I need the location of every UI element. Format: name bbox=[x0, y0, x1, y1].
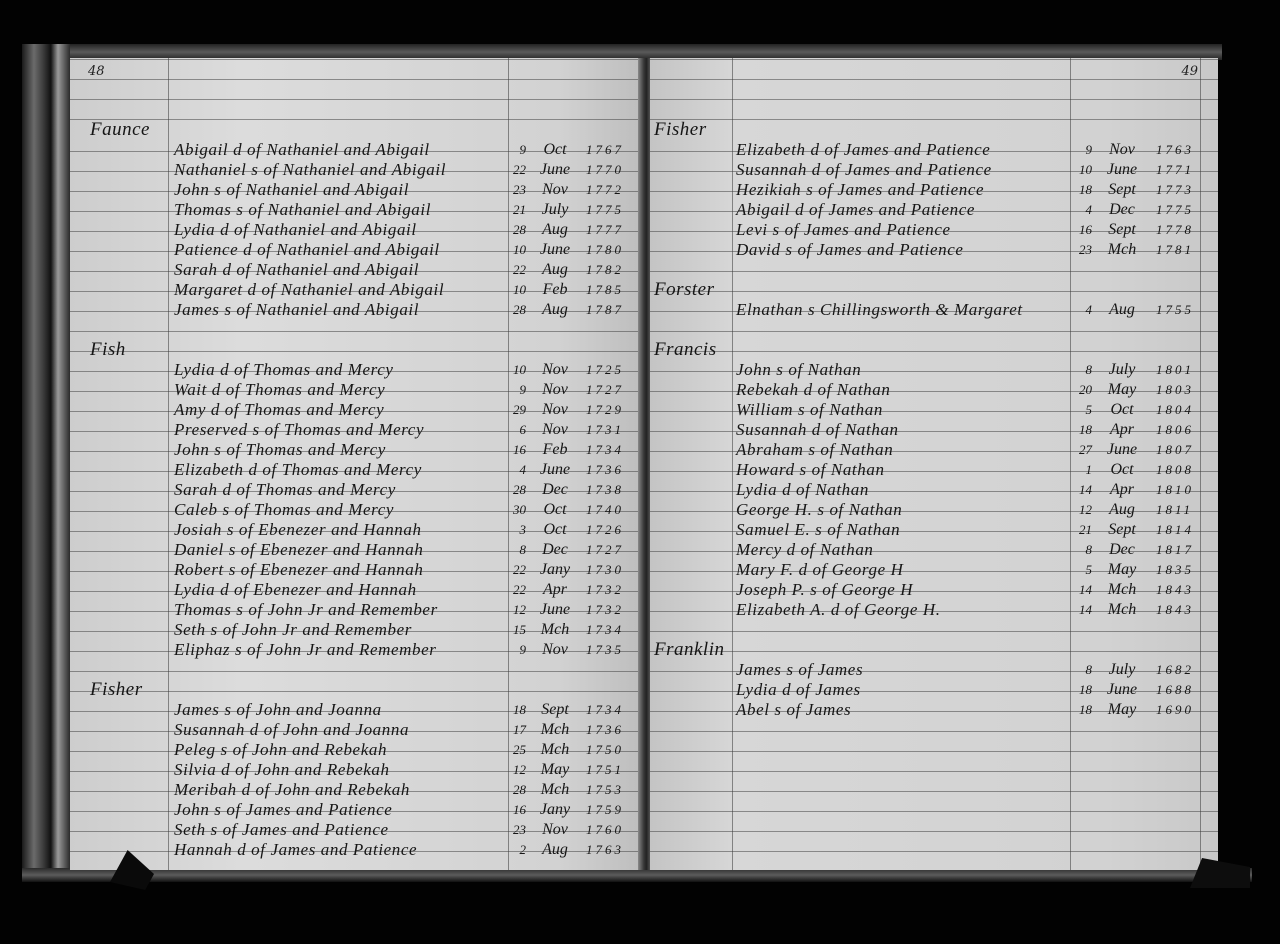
ledger-row: Preserved s of Thomas and Mercy6Nov1731 bbox=[70, 420, 644, 440]
ledger-row: Mercy d of Nathan8Dec1817 bbox=[650, 540, 1218, 560]
entry-name: Sarah d of Thomas and Mercy bbox=[70, 480, 508, 500]
entry-name: Lydia d of Nathaniel and Abigail bbox=[70, 220, 508, 240]
ledger-row: Abel s of James18May1690 bbox=[650, 700, 1218, 720]
ledger-row: Meribah d of John and Rebekah28Mch1753 bbox=[70, 780, 644, 800]
ledger-row: Eliphaz s of John Jr and Remember9Nov173… bbox=[70, 640, 644, 660]
entry-month: Nov bbox=[530, 380, 580, 400]
entry-day: 3 bbox=[508, 520, 530, 540]
entry-year: 1777 bbox=[580, 220, 640, 240]
entry-name: Nathaniel s of Nathaniel and Abigail bbox=[70, 160, 508, 180]
entry-day: 28 bbox=[508, 480, 530, 500]
entry-month: Aug bbox=[530, 260, 580, 280]
ledger-row: John s of James and Patience16Jany1759 bbox=[70, 800, 644, 820]
entry-day: 17 bbox=[508, 720, 530, 740]
entry-name: Patience d of Nathaniel and Abigail bbox=[70, 240, 508, 260]
entry-name: Peleg s of John and Rebekah bbox=[70, 740, 508, 760]
entry-year: 1738 bbox=[580, 480, 640, 500]
entry-month: July bbox=[530, 200, 580, 220]
page-number: 48 bbox=[88, 64, 105, 79]
entry-day: 22 bbox=[508, 160, 530, 180]
entry-year: 1740 bbox=[580, 500, 640, 520]
entry-day: 14 bbox=[1074, 580, 1096, 600]
entry-day: 5 bbox=[1074, 560, 1096, 580]
ledger-row: Robert s of Ebenezer and Hannah22Jany173… bbox=[70, 560, 644, 580]
entry-name: Susannah d of John and Joanna bbox=[70, 720, 508, 740]
entry-name: Seth s of John Jr and Remember bbox=[70, 620, 508, 640]
entry-name: Sarah d of Nathaniel and Abigail bbox=[70, 260, 508, 280]
entry-year: 1767 bbox=[580, 140, 640, 160]
entry-name: Eliphaz s of John Jr and Remember bbox=[70, 640, 508, 660]
entry-name: Robert s of Ebenezer and Hannah bbox=[70, 560, 508, 580]
ledger-row: Levi s of James and Patience16Sept1778 bbox=[650, 220, 1218, 240]
entry-month: Oct bbox=[530, 140, 580, 160]
ledger-row: Abigail d of James and Patience4Dec1775 bbox=[650, 200, 1218, 220]
entry-day: 28 bbox=[508, 220, 530, 240]
entry-year: 1734 bbox=[580, 440, 640, 460]
entry-year: 1751 bbox=[580, 760, 640, 780]
entry-year: 1760 bbox=[580, 820, 640, 840]
entry-year: 1736 bbox=[580, 720, 640, 740]
ledger-row: Sarah d of Nathaniel and Abigail22Aug178… bbox=[70, 260, 644, 280]
entry-year: 1690 bbox=[1148, 700, 1214, 720]
entry-name: Elizabeth A. d of George H. bbox=[650, 600, 1074, 620]
entry-month: Mch bbox=[1096, 580, 1148, 600]
ledger-row: John s of Thomas and Mercy16Feb1734 bbox=[70, 440, 644, 460]
entry-month: July bbox=[1096, 360, 1148, 380]
entry-month: Aug bbox=[530, 300, 580, 320]
entry-day: 2 bbox=[508, 840, 530, 860]
book-cover-bottom-edge bbox=[22, 868, 1252, 882]
entry-month: Mch bbox=[1096, 240, 1148, 260]
entry-name: Lydia d of James bbox=[650, 680, 1074, 700]
entry-month: June bbox=[530, 160, 580, 180]
entry-year: 1806 bbox=[1148, 420, 1214, 440]
entry-month: Apr bbox=[1096, 480, 1148, 500]
entry-month: June bbox=[1096, 440, 1148, 460]
surname-heading: Forster bbox=[650, 280, 1218, 300]
entry-day: 10 bbox=[508, 360, 530, 380]
entry-year: 1781 bbox=[1148, 240, 1214, 260]
ledger-row: Hezikiah s of James and Patience18Sept17… bbox=[650, 180, 1218, 200]
ledger-row: Susannah d of James and Patience10June17… bbox=[650, 160, 1218, 180]
entry-day: 21 bbox=[1074, 520, 1096, 540]
entry-day: 5 bbox=[1074, 400, 1096, 420]
entry-year: 1732 bbox=[580, 600, 640, 620]
ledger-row: Rebekah d of Nathan20May1803 bbox=[650, 380, 1218, 400]
section-spacer bbox=[650, 620, 1218, 640]
entry-month: Sept bbox=[1096, 180, 1148, 200]
ledger-row: Wait d of Thomas and Mercy9Nov1727 bbox=[70, 380, 644, 400]
entry-month: Nov bbox=[530, 180, 580, 200]
surname-heading: Franklin bbox=[650, 640, 1218, 660]
entry-name: Susannah d of James and Patience bbox=[650, 160, 1074, 180]
entry-name: James s of John and Joanna bbox=[70, 700, 508, 720]
entry-name: Silvia d of John and Rebekah bbox=[70, 760, 508, 780]
entry-month: Nov bbox=[530, 400, 580, 420]
page-number: 49 bbox=[1181, 64, 1198, 79]
entry-name: Hannah d of James and Patience bbox=[70, 840, 508, 860]
entry-month: Oct bbox=[530, 500, 580, 520]
entry-name: John s of Thomas and Mercy bbox=[70, 440, 508, 460]
entry-month: Jany bbox=[530, 560, 580, 580]
entry-month: Mch bbox=[1096, 600, 1148, 620]
entry-year: 1803 bbox=[1148, 380, 1214, 400]
ledger-row: Lydia d of Nathan14Apr1810 bbox=[650, 480, 1218, 500]
entry-name: David s of James and Patience bbox=[650, 240, 1074, 260]
entry-year: 1778 bbox=[1148, 220, 1214, 240]
ledger-row: Thomas s of John Jr and Remember12June17… bbox=[70, 600, 644, 620]
entry-month: July bbox=[1096, 660, 1148, 680]
ledger-row: Elizabeth d of James and Patience9Nov176… bbox=[650, 140, 1218, 160]
ledger-row: James s of James8July1682 bbox=[650, 660, 1218, 680]
entry-year: 1727 bbox=[580, 540, 640, 560]
ledger-row: Lydia d of Nathaniel and Abigail28Aug177… bbox=[70, 220, 644, 240]
entry-name: Thomas s of Nathaniel and Abigail bbox=[70, 200, 508, 220]
right-page: 49 FisherElizabeth d of James and Patien… bbox=[650, 58, 1218, 870]
ledger-row: Lydia d of James18June1688 bbox=[650, 680, 1218, 700]
ledger-row: Lydia d of Ebenezer and Hannah22Apr1732 bbox=[70, 580, 644, 600]
ledger-row: Howard s of Nathan1Oct1808 bbox=[650, 460, 1218, 480]
ledger-row: Abigail d of Nathaniel and Abigail9Oct17… bbox=[70, 140, 644, 160]
entry-month: Aug bbox=[530, 220, 580, 240]
entry-month: Mch bbox=[530, 620, 580, 640]
entry-name: Howard s of Nathan bbox=[650, 460, 1074, 480]
entry-year: 1727 bbox=[580, 380, 640, 400]
entry-name: Susannah d of Nathan bbox=[650, 420, 1074, 440]
entry-year: 1731 bbox=[580, 420, 640, 440]
entry-day: 27 bbox=[1074, 440, 1096, 460]
entry-year: 1807 bbox=[1148, 440, 1214, 460]
entry-day: 12 bbox=[508, 760, 530, 780]
entry-day: 29 bbox=[508, 400, 530, 420]
entry-day: 18 bbox=[1074, 680, 1096, 700]
entry-year: 1771 bbox=[1148, 160, 1214, 180]
entry-year: 1785 bbox=[580, 280, 640, 300]
entry-month: Oct bbox=[1096, 460, 1148, 480]
entry-year: 1753 bbox=[580, 780, 640, 800]
entry-month: Aug bbox=[1096, 500, 1148, 520]
entry-name: Margaret d of Nathaniel and Abigail bbox=[70, 280, 508, 300]
entry-year: 1732 bbox=[580, 580, 640, 600]
entry-year: 1688 bbox=[1148, 680, 1214, 700]
entry-month: Nov bbox=[530, 420, 580, 440]
entry-month: June bbox=[530, 600, 580, 620]
entry-day: 8 bbox=[508, 540, 530, 560]
entry-day: 12 bbox=[508, 600, 530, 620]
entry-day: 22 bbox=[508, 560, 530, 580]
entry-year: 1780 bbox=[580, 240, 640, 260]
ledger-row: John s of Nathaniel and Abigail23Nov1772 bbox=[70, 180, 644, 200]
ledger-row: George H. s of Nathan12Aug1811 bbox=[650, 500, 1218, 520]
entry-day: 16 bbox=[1074, 220, 1096, 240]
entry-name: Mercy d of Nathan bbox=[650, 540, 1074, 560]
entry-day: 8 bbox=[1074, 360, 1096, 380]
entry-name: Elizabeth d of James and Patience bbox=[650, 140, 1074, 160]
ledger-row: Daniel s of Ebenezer and Hannah8Dec1727 bbox=[70, 540, 644, 560]
entry-year: 1750 bbox=[580, 740, 640, 760]
ledger-row: Abraham s of Nathan27June1807 bbox=[650, 440, 1218, 460]
ledger-row: Joseph P. s of George H14Mch1843 bbox=[650, 580, 1218, 600]
ledger-row: John s of Nathan8July1801 bbox=[650, 360, 1218, 380]
surname-heading: Fisher bbox=[650, 120, 1218, 140]
entry-name: Seth s of James and Patience bbox=[70, 820, 508, 840]
entry-day: 4 bbox=[508, 460, 530, 480]
entry-name: Lydia d of Thomas and Mercy bbox=[70, 360, 508, 380]
entry-year: 1763 bbox=[1148, 140, 1214, 160]
entry-year: 1775 bbox=[1148, 200, 1214, 220]
entry-month: Sept bbox=[1096, 220, 1148, 240]
ledger-row: Margaret d of Nathaniel and Abigail10Feb… bbox=[70, 280, 644, 300]
entry-name: Joseph P. s of George H bbox=[650, 580, 1074, 600]
entry-month: Nov bbox=[530, 640, 580, 660]
ledger-row: Susannah d of John and Joanna17Mch1736 bbox=[70, 720, 644, 740]
entry-day: 16 bbox=[508, 800, 530, 820]
entry-name: Abigail d of Nathaniel and Abigail bbox=[70, 140, 508, 160]
entry-day: 23 bbox=[1074, 240, 1096, 260]
ledger-row: Samuel E. s of Nathan21Sept1814 bbox=[650, 520, 1218, 540]
entry-year: 1772 bbox=[580, 180, 640, 200]
ledger-row: Silvia d of John and Rebekah12May1751 bbox=[70, 760, 644, 780]
entry-month: May bbox=[1096, 380, 1148, 400]
entry-year: 1817 bbox=[1148, 540, 1214, 560]
entry-month: May bbox=[1096, 560, 1148, 580]
entry-month: Oct bbox=[1096, 400, 1148, 420]
entry-day: 4 bbox=[1074, 200, 1096, 220]
entry-day: 9 bbox=[508, 640, 530, 660]
entry-name: Lydia d of Ebenezer and Hannah bbox=[70, 580, 508, 600]
entry-day: 18 bbox=[508, 700, 530, 720]
entry-year: 1811 bbox=[1148, 500, 1214, 520]
ledger-row: Seth s of John Jr and Remember15Mch1734 bbox=[70, 620, 644, 640]
entry-year: 1730 bbox=[580, 560, 640, 580]
surname-heading: Fish bbox=[70, 340, 644, 360]
entry-name: Wait d of Thomas and Mercy bbox=[70, 380, 508, 400]
entry-day: 6 bbox=[508, 420, 530, 440]
ledger-row: Seth s of James and Patience23Nov1760 bbox=[70, 820, 644, 840]
entry-day: 15 bbox=[508, 620, 530, 640]
entry-day: 22 bbox=[508, 580, 530, 600]
entry-year: 1725 bbox=[580, 360, 640, 380]
entry-day: 14 bbox=[1074, 480, 1096, 500]
entry-month: Nov bbox=[530, 820, 580, 840]
ledger-row: Amy d of Thomas and Mercy29Nov1729 bbox=[70, 400, 644, 420]
section-spacer bbox=[70, 320, 644, 340]
entry-day: 28 bbox=[508, 780, 530, 800]
ledger-row: Susannah d of Nathan18Apr1806 bbox=[650, 420, 1218, 440]
entry-month: Nov bbox=[530, 360, 580, 380]
entry-year: 1734 bbox=[580, 620, 640, 640]
entry-day: 28 bbox=[508, 300, 530, 320]
entry-name: John s of James and Patience bbox=[70, 800, 508, 820]
entry-year: 1729 bbox=[580, 400, 640, 420]
entry-name: George H. s of Nathan bbox=[650, 500, 1074, 520]
entry-name: Abel s of James bbox=[650, 700, 1074, 720]
entry-name: Elnathan s Chillingsworth & Margaret bbox=[650, 300, 1074, 320]
book-cover-left-edge bbox=[22, 44, 70, 880]
ledger-entries: FaunceAbigail d of Nathaniel and Abigail… bbox=[70, 120, 644, 860]
entry-name: John s of Nathaniel and Abigail bbox=[70, 180, 508, 200]
entry-year: 1782 bbox=[580, 260, 640, 280]
ledger-row: William s of Nathan5Oct1804 bbox=[650, 400, 1218, 420]
entry-name: Caleb s of Thomas and Mercy bbox=[70, 500, 508, 520]
surname-heading: Fisher bbox=[70, 680, 644, 700]
ledger-row: Thomas s of Nathaniel and Abigail21July1… bbox=[70, 200, 644, 220]
entry-name: Levi s of James and Patience bbox=[650, 220, 1074, 240]
entry-year: 1843 bbox=[1148, 600, 1214, 620]
entry-year: 1682 bbox=[1148, 660, 1214, 680]
entry-day: 25 bbox=[508, 740, 530, 760]
entry-month: Mch bbox=[530, 740, 580, 760]
entry-month: Mch bbox=[530, 720, 580, 740]
entry-year: 1773 bbox=[1148, 180, 1214, 200]
entry-month: Sept bbox=[1096, 520, 1148, 540]
ledger-row: Sarah d of Thomas and Mercy28Dec1738 bbox=[70, 480, 644, 500]
entry-name: Mary F. d of George H bbox=[650, 560, 1074, 580]
ledger-row: David s of James and Patience23Mch1781 bbox=[650, 240, 1218, 260]
ledger-row: Peleg s of John and Rebekah25Mch1750 bbox=[70, 740, 644, 760]
entry-day: 10 bbox=[508, 240, 530, 260]
entry-day: 10 bbox=[1074, 160, 1096, 180]
entry-name: Rebekah d of Nathan bbox=[650, 380, 1074, 400]
entry-month: Jany bbox=[530, 800, 580, 820]
entry-year: 1726 bbox=[580, 520, 640, 540]
ledger-row: Lydia d of Thomas and Mercy10Nov1725 bbox=[70, 360, 644, 380]
entry-month: Aug bbox=[1096, 300, 1148, 320]
entry-month: Nov bbox=[1096, 140, 1148, 160]
entry-name: Samuel E. s of Nathan bbox=[650, 520, 1074, 540]
entry-month: May bbox=[530, 760, 580, 780]
entry-name: Elizabeth d of Thomas and Mercy bbox=[70, 460, 508, 480]
entry-year: 1787 bbox=[580, 300, 640, 320]
entry-name: Abraham s of Nathan bbox=[650, 440, 1074, 460]
entry-year: 1755 bbox=[1148, 300, 1214, 320]
entry-month: Feb bbox=[530, 280, 580, 300]
entry-month: June bbox=[1096, 680, 1148, 700]
entry-month: Dec bbox=[1096, 200, 1148, 220]
entry-day: 23 bbox=[508, 820, 530, 840]
entry-year: 1814 bbox=[1148, 520, 1214, 540]
entry-month: Oct bbox=[530, 520, 580, 540]
entry-name: Daniel s of Ebenezer and Hannah bbox=[70, 540, 508, 560]
entry-day: 9 bbox=[1074, 140, 1096, 160]
ledger-entries: FisherElizabeth d of James and Patience9… bbox=[650, 120, 1218, 720]
entry-name: James s of James bbox=[650, 660, 1074, 680]
left-page: 48 FaunceAbigail d of Nathaniel and Abig… bbox=[70, 58, 644, 870]
entry-month: Apr bbox=[1096, 420, 1148, 440]
entry-month: June bbox=[530, 460, 580, 480]
entry-day: 1 bbox=[1074, 460, 1096, 480]
entry-name: Amy d of Thomas and Mercy bbox=[70, 400, 508, 420]
entry-year: 1775 bbox=[580, 200, 640, 220]
entry-day: 18 bbox=[1074, 180, 1096, 200]
entry-year: 1763 bbox=[580, 840, 640, 860]
entry-day: 8 bbox=[1074, 660, 1096, 680]
ledger-row: Elizabeth d of Thomas and Mercy4June1736 bbox=[70, 460, 644, 480]
entry-month: Dec bbox=[530, 540, 580, 560]
ledger-row: Josiah s of Ebenezer and Hannah3Oct1726 bbox=[70, 520, 644, 540]
entry-month: Sept bbox=[530, 700, 580, 720]
entry-year: 1801 bbox=[1148, 360, 1214, 380]
entry-name: James s of Nathaniel and Abigail bbox=[70, 300, 508, 320]
entry-name: William s of Nathan bbox=[650, 400, 1074, 420]
ledger-row: James s of John and Joanna18Sept1734 bbox=[70, 700, 644, 720]
ledger-row: Mary F. d of George H5May1835 bbox=[650, 560, 1218, 580]
ledger-row: Elizabeth A. d of George H.14Mch1843 bbox=[650, 600, 1218, 620]
entry-month: Dec bbox=[1096, 540, 1148, 560]
entry-day: 21 bbox=[508, 200, 530, 220]
entry-month: Aug bbox=[530, 840, 580, 860]
entry-year: 1810 bbox=[1148, 480, 1214, 500]
entry-day: 30 bbox=[508, 500, 530, 520]
entry-year: 1808 bbox=[1148, 460, 1214, 480]
entry-day: 10 bbox=[508, 280, 530, 300]
entry-month: May bbox=[1096, 700, 1148, 720]
entry-name: Josiah s of Ebenezer and Hannah bbox=[70, 520, 508, 540]
entry-day: 8 bbox=[1074, 540, 1096, 560]
entry-year: 1843 bbox=[1148, 580, 1214, 600]
section-spacer bbox=[650, 320, 1218, 340]
entry-day: 18 bbox=[1074, 700, 1096, 720]
entry-name: Preserved s of Thomas and Mercy bbox=[70, 420, 508, 440]
entry-month: Feb bbox=[530, 440, 580, 460]
entry-year: 1835 bbox=[1148, 560, 1214, 580]
entry-day: 12 bbox=[1074, 500, 1096, 520]
entry-month: Dec bbox=[530, 480, 580, 500]
entry-month: June bbox=[1096, 160, 1148, 180]
entry-name: Meribah d of John and Rebekah bbox=[70, 780, 508, 800]
entry-year: 1770 bbox=[580, 160, 640, 180]
entry-name: Abigail d of James and Patience bbox=[650, 200, 1074, 220]
section-spacer bbox=[650, 260, 1218, 280]
ledger-row: Hannah d of James and Patience2Aug1763 bbox=[70, 840, 644, 860]
ledger-row: Elnathan s Chillingsworth & Margaret4Aug… bbox=[650, 300, 1218, 320]
entry-day: 16 bbox=[508, 440, 530, 460]
ledger-row: Nathaniel s of Nathaniel and Abigail22Ju… bbox=[70, 160, 644, 180]
entry-month: Apr bbox=[530, 580, 580, 600]
entry-year: 1735 bbox=[580, 640, 640, 660]
entry-day: 4 bbox=[1074, 300, 1096, 320]
entry-year: 1804 bbox=[1148, 400, 1214, 420]
ledger-row: Patience d of Nathaniel and Abigail10Jun… bbox=[70, 240, 644, 260]
entry-day: 20 bbox=[1074, 380, 1096, 400]
entry-name: John s of Nathan bbox=[650, 360, 1074, 380]
entry-month: June bbox=[530, 240, 580, 260]
section-spacer bbox=[70, 660, 644, 680]
entry-name: Thomas s of John Jr and Remember bbox=[70, 600, 508, 620]
surname-heading: Francis bbox=[650, 340, 1218, 360]
ledger-row: James s of Nathaniel and Abigail28Aug178… bbox=[70, 300, 644, 320]
entry-day: 22 bbox=[508, 260, 530, 280]
entry-month: Mch bbox=[530, 780, 580, 800]
entry-day: 23 bbox=[508, 180, 530, 200]
entry-year: 1734 bbox=[580, 700, 640, 720]
entry-day: 18 bbox=[1074, 420, 1096, 440]
entry-day: 9 bbox=[508, 380, 530, 400]
entry-day: 9 bbox=[508, 140, 530, 160]
surname-heading: Faunce bbox=[70, 120, 644, 140]
entry-name: Lydia d of Nathan bbox=[650, 480, 1074, 500]
entry-day: 14 bbox=[1074, 600, 1096, 620]
entry-year: 1736 bbox=[580, 460, 640, 480]
entry-name: Hezikiah s of James and Patience bbox=[650, 180, 1074, 200]
entry-year: 1759 bbox=[580, 800, 640, 820]
ledger-row: Caleb s of Thomas and Mercy30Oct1740 bbox=[70, 500, 644, 520]
